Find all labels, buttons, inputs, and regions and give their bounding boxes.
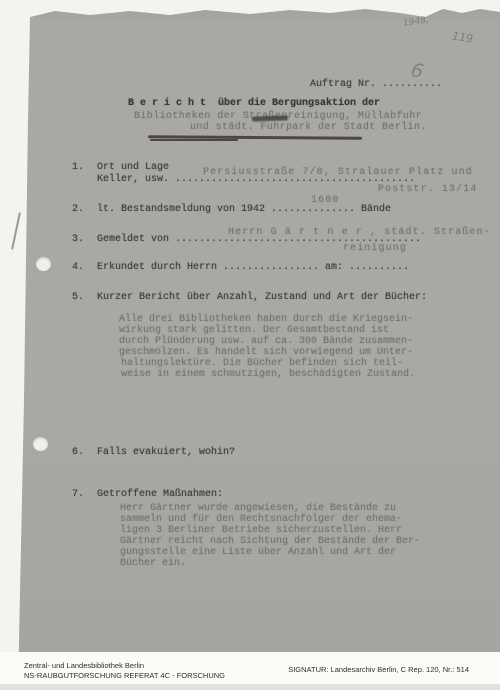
item-5-report-line3: durch Plünderung usw. auf ca. 300 Bände … [119, 337, 413, 347]
report-subtitle-line2: und städt. Fuhrpark der Stadt Berlin. [190, 123, 427, 133]
item-7-report-line4: Gärtner reicht nach Sichtung der Beständ… [120, 537, 420, 547]
item-6-label: Falls evakuiert, wohin? [97, 448, 235, 458]
item-1-label: Ort und Lage [97, 163, 169, 173]
item-7-report-line2: sammeln und für den Rechtsnachfolger der… [120, 515, 402, 525]
auftrag-number-line: Auftrag Nr. .......... [310, 80, 442, 90]
item-2-number: 2. [72, 205, 84, 215]
item-5-report-line2: wirkung stark gelitten. Der Gesamtbestan… [119, 326, 389, 336]
scan-bottom-strip [0, 684, 500, 690]
item-1-number: 1. [72, 163, 84, 173]
item-7-label: Getroffene Maßnahmen: [97, 490, 223, 500]
report-title: B e r i c h t über die Bergungsaktion de… [128, 99, 380, 109]
item-3-fill-line1: Herrn G ä r t n e r , städt. Straßen- [228, 228, 491, 238]
item-7-number: 7. [72, 490, 84, 500]
title-underline-heavy [150, 139, 238, 141]
item-3-fill-line2: reinigung [343, 244, 407, 254]
signature-reference: SIGNATUR: Landesarchiv Berlin, C Rep. 12… [288, 665, 469, 674]
item-7-report-line3: ligen 3 Berliner Betriebe sicherzustelle… [120, 526, 402, 536]
item-1-fill-line2: Poststr. 13/14 [378, 185, 477, 195]
item-5-report-line4: geschmolzen. Es handelt sich vorwiegend … [119, 348, 413, 358]
item-5-report-line5: haltungslektüre. Die Bücher befinden sic… [121, 359, 403, 369]
item-7-report-line5: gungsstelle eine Liste über Anzahl und A… [120, 548, 396, 558]
item-5-report-line1: Alle drei Bibliotheken haben durch die K… [119, 315, 413, 325]
item-2-label: lt. Bestandsmeldung von 1942 ...........… [97, 205, 391, 215]
scanned-document: 1948, 119 Auftrag Nr. .......... 6 B e r… [0, 0, 500, 690]
item-5-report-line6: weise in einem schmutzigen, beschädigten… [121, 370, 415, 380]
item-7-report-line1: Herr Gärtner wurde angewiesen, die Bestä… [120, 504, 396, 514]
archive-caption-bar: Zentral- und Landesbibliothek Berlin NS-… [0, 652, 500, 684]
punch-hole-bottom [33, 437, 48, 451]
item-7-report-line6: Bücher ein. [120, 559, 186, 569]
library-credit-line2: NS-RAUBGUTFORSCHUNG REFERAT 4C - FORSCHU… [24, 671, 225, 681]
punch-hole-top [36, 257, 51, 271]
item-5-label: Kurzer Bericht über Anzahl, Zustand und … [97, 293, 427, 303]
item-3-number: 3. [72, 235, 84, 245]
item-1-fill-line1: Persiusstraße 7/8, Stralauer Platz und [203, 168, 473, 178]
pencil-margin-mark [11, 212, 21, 250]
item-4-label: Erkundet durch Herrn ................ am… [97, 263, 409, 273]
item-2-fill-volumes: 1600 [311, 196, 339, 206]
library-credit-line1: Zentral- und Landesbibliothek Berlin [24, 661, 225, 671]
library-credit: Zentral- und Landesbibliothek Berlin NS-… [24, 661, 225, 680]
item-5-number: 5. [72, 293, 84, 303]
item-4-number: 4. [72, 263, 84, 273]
item-6-number: 6. [72, 448, 84, 458]
